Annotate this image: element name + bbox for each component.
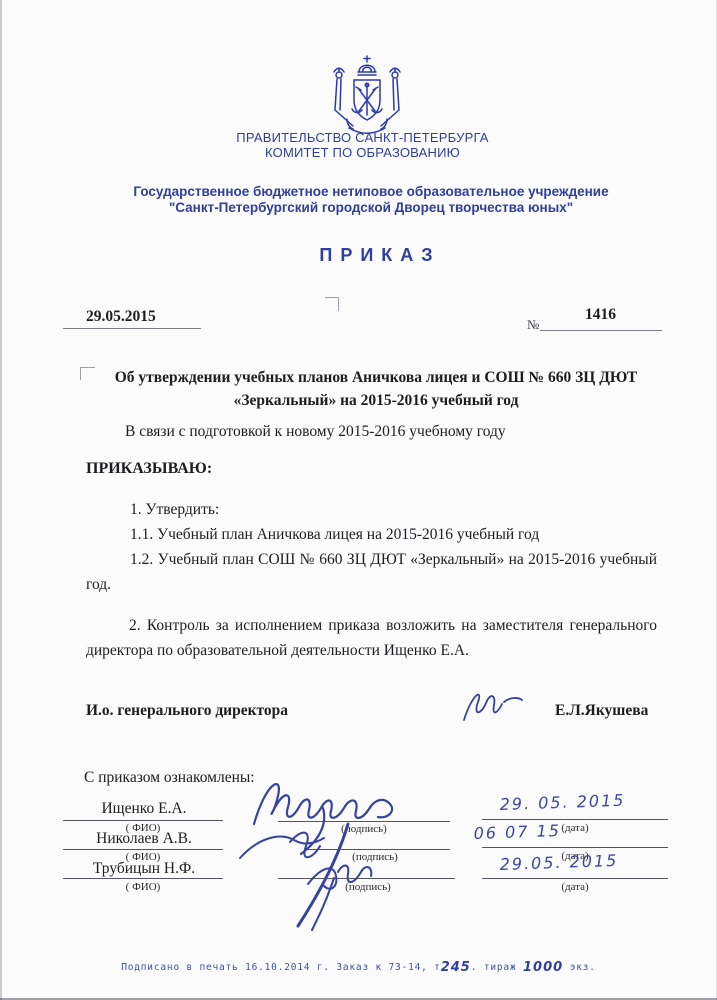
- government-line1: ПРАВИТЕЛЬСТВО САНКТ-ПЕТЕРБУРГА: [4, 130, 717, 145]
- decree-word: ПРИКАЗЫВАЮ:: [86, 460, 212, 478]
- date-line-3: [482, 878, 668, 879]
- order-item-1: 1. Утвердить:: [130, 500, 219, 520]
- acknowledgment-signatures: [230, 766, 475, 936]
- footer-handwritten-count: 1000: [523, 960, 563, 975]
- government-line2: КОМИТЕТ ПО ОБРАЗОВАНИЮ: [4, 145, 717, 160]
- order-date: 29.05.2015: [86, 308, 156, 326]
- order-item-1-1: 1.1. Учебный план Аничкова лицея на 2015…: [130, 525, 539, 545]
- footer-part1: Подписано в печать 16.10.2014 г. Заказ к…: [121, 962, 440, 973]
- footer-part3: экз.: [563, 962, 596, 973]
- coat-of-arms-icon: [326, 53, 408, 137]
- print-footer: Подписано в печать 16.10.2014 г. Заказ к…: [0, 957, 717, 975]
- document-type-title: ПРИКАЗ: [30, 245, 717, 266]
- order-item-2-line1: 2. Контроль за исполнением приказа возло…: [129, 616, 657, 636]
- fio-line-3: [63, 878, 223, 879]
- subject: Об утверждении учебных планов Аничкова л…: [96, 366, 656, 412]
- footer-part2: . тираж: [471, 962, 523, 973]
- number-underline: [540, 330, 662, 331]
- government-header: ПРАВИТЕЛЬСТВО САНКТ-ПЕТЕРБУРГА КОМИТЕТ П…: [4, 130, 717, 160]
- institution-header: Государственное бюджетное нетиповое обра…: [14, 184, 717, 216]
- signer-title: И.о. генерального директора: [86, 702, 288, 720]
- footer-handwritten-order: 245: [441, 960, 471, 975]
- subject-line2: «Зеркальный» на 2015-2016 учебный год: [96, 389, 656, 412]
- date-line-1: [482, 819, 668, 820]
- ack-handwritten-date-2: 06 07 15: [473, 821, 561, 843]
- fio-label-2: ( ФИО): [63, 851, 223, 863]
- ack-signature-1: [254, 784, 392, 854]
- date-line-2: [482, 847, 668, 848]
- institution-line2: "Санкт-Петербургский городской Дворец тв…: [14, 200, 717, 216]
- acknowledgment-heading: С приказом ознакомлены:: [84, 768, 255, 788]
- ack-name-1: Ищенко Е.А.: [64, 800, 224, 818]
- subject-line1: Об утверждении учебных планов Аничкова л…: [96, 366, 656, 389]
- institution-line1: Государственное бюджетное нетиповое обра…: [14, 184, 717, 200]
- fio-line-2: [63, 849, 223, 850]
- director-signature: [452, 684, 532, 729]
- ack-signature-2: [240, 824, 348, 926]
- corner-mark-left: [80, 367, 95, 380]
- order-number: 1416: [543, 306, 658, 324]
- fio-label-1: ( ФИО): [63, 822, 223, 834]
- date-underline: [63, 328, 201, 329]
- intro-paragraph: В связи с подготовкой к новому 2015-2016…: [125, 422, 506, 442]
- scanned-order-document: ПРАВИТЕЛЬСТВО САНКТ-ПЕТЕРБУРГА КОМИТЕТ П…: [0, 0, 717, 1000]
- scan-edge-left: [0, 0, 2, 1000]
- order-item-1-2-line2: год.: [86, 575, 111, 595]
- corner-mark-top: [325, 297, 339, 311]
- order-item-1-2-line1: 1.2. Учебный план СОШ № 660 ЗЦ ДЮТ «Зерк…: [130, 550, 657, 570]
- fio-label-3: ( ФИО): [63, 881, 223, 893]
- date-label-3: (дата): [482, 881, 668, 893]
- order-item-2-line2: директора по образовательной деятельност…: [86, 641, 469, 661]
- number-sign: №: [527, 317, 539, 333]
- ack-signature-3: [308, 866, 371, 931]
- signer-name: Е.Л.Якушева: [555, 702, 648, 720]
- ack-handwritten-date-1: 29. 05. 2015: [499, 791, 625, 814]
- fio-line-1: [63, 820, 223, 821]
- ack-handwritten-date-3: 29.05. 2015: [499, 851, 618, 874]
